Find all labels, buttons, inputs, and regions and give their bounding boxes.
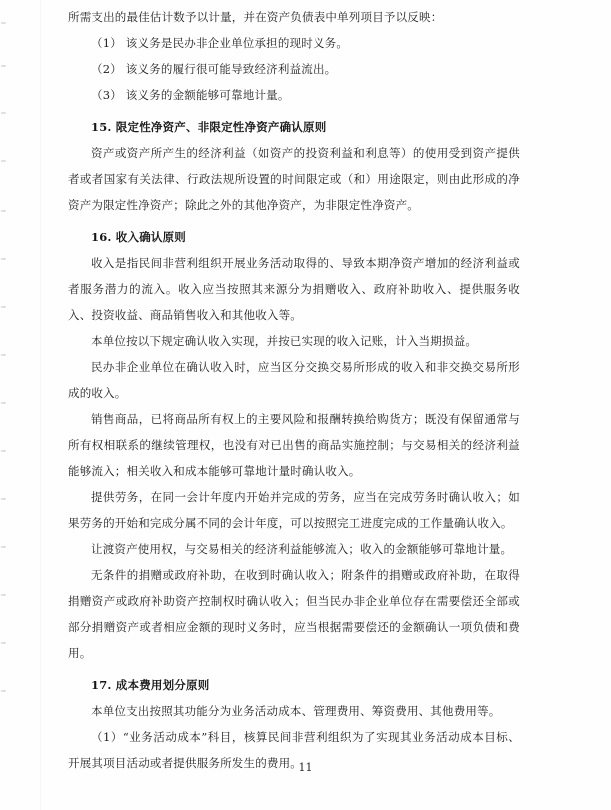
document-paragraph: 本单位按以下规定确认收入实现，并按已实现的收入记账，计入当期损益。 (68, 328, 520, 354)
section-heading: 15. 限定性净资产、非限定性净资产确认原则 (68, 114, 520, 140)
section-heading: 16. 收入确认原则 (68, 224, 520, 250)
scan-speck (1, 594, 6, 596)
scan-speck (1, 450, 6, 452)
scan-speck (1, 22, 6, 24)
document-continuation: 所需支出的最佳估计数予以计量，并在资产负债表中单列项目予以反映： (68, 4, 520, 30)
page-number: 11 (0, 760, 611, 776)
scan-speck (1, 546, 6, 548)
scan-speck (1, 112, 6, 114)
document-paragraph: 本单位支出按照其功能分为业务活动成本、管理费用、筹资费用、其他费用等。 (68, 698, 520, 724)
document-paragraph: 让渡资产使用权，与交易相关的经济利益能够流入；收入的金额能够可靠地计量。 (68, 536, 520, 562)
document-paragraph: 提供劳务，在同一会计年度内开始并完成的劳务，应当在完成劳务时确认收入；如果劳务的… (68, 484, 520, 536)
scan-speck (1, 65, 6, 67)
scan-speck (1, 498, 6, 500)
scan-speck (1, 306, 6, 308)
document-list-item: （3） 该义务的金额能够可靠地计量。 (68, 82, 520, 108)
scan-speck (1, 258, 6, 260)
document-paragraph: 收入是指民间非营利组织开展业务活动取得的、导致本期净资产增加的经济利益或者服务潜… (68, 250, 520, 328)
section-heading: 17. 成本费用划分原则 (68, 672, 520, 698)
document-paragraph: 民办非企业单位在确认收入时，应当区分交换交易所形成的收入和非交换交易所形成的收入… (68, 354, 520, 406)
scan-speck (1, 690, 6, 692)
document-paragraph: 资产或资产所产生的经济利益（如资产的投资利益和利息等）的使用受到资产提供者或者国… (68, 140, 520, 218)
scan-speck (1, 642, 6, 644)
scan-speck (1, 210, 6, 212)
document-list-item: （2） 该义务的履行很可能导致经济利益流出。 (68, 56, 520, 82)
scan-speck (1, 402, 6, 404)
document-paragraph: 无条件的捐赠或政府补助，在收到时确认收入；附条件的捐赠或政府补助，在取得捐赠资产… (68, 562, 520, 666)
document-page: 所需支出的最佳估计数予以计量，并在资产负债表中单列项目予以反映：（1） 该义务是… (0, 0, 611, 810)
document-content: 所需支出的最佳估计数予以计量，并在资产负债表中单列项目予以反映：（1） 该义务是… (68, 4, 520, 776)
scan-speck (1, 354, 6, 356)
document-list-item: （1） 该义务是民办非企业单位承担的现时义务。 (68, 30, 520, 56)
scan-speck (1, 160, 6, 162)
document-paragraph: 销售商品，已将商品所有权上的主要风险和报酬转换给购货方；既没有保留通常与所有权相… (68, 406, 520, 484)
scan-fold-line (40, 0, 41, 810)
